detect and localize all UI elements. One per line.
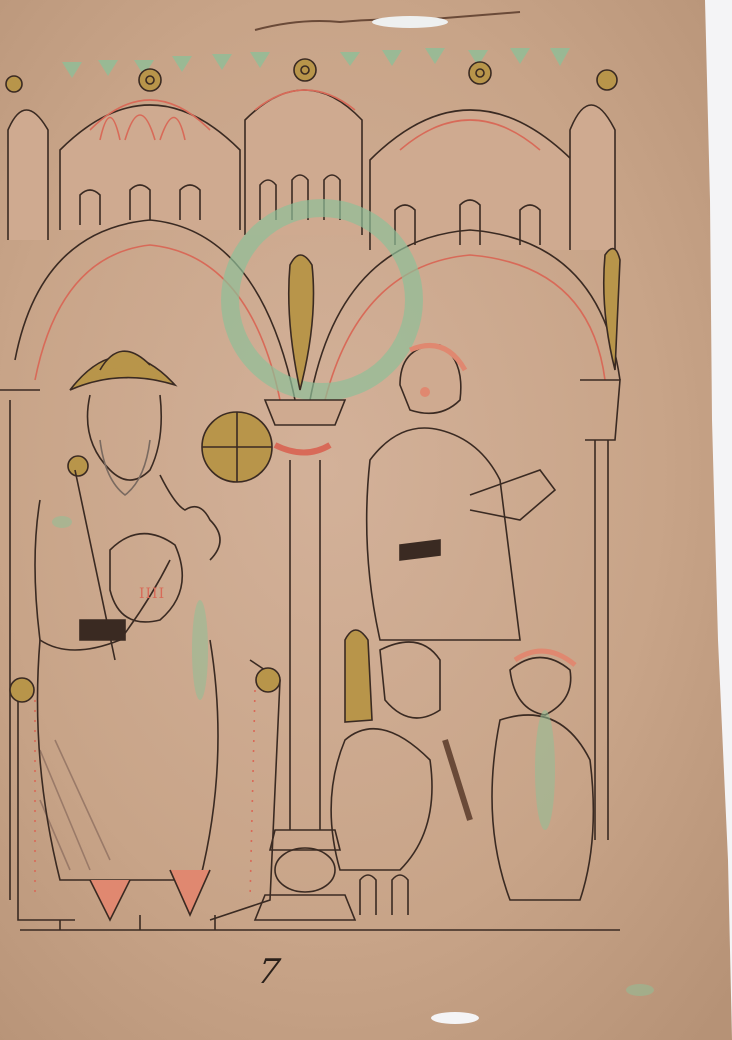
orb xyxy=(202,412,272,482)
rubric-marking: IIII xyxy=(139,586,165,602)
manuscript-page xyxy=(0,0,732,1040)
